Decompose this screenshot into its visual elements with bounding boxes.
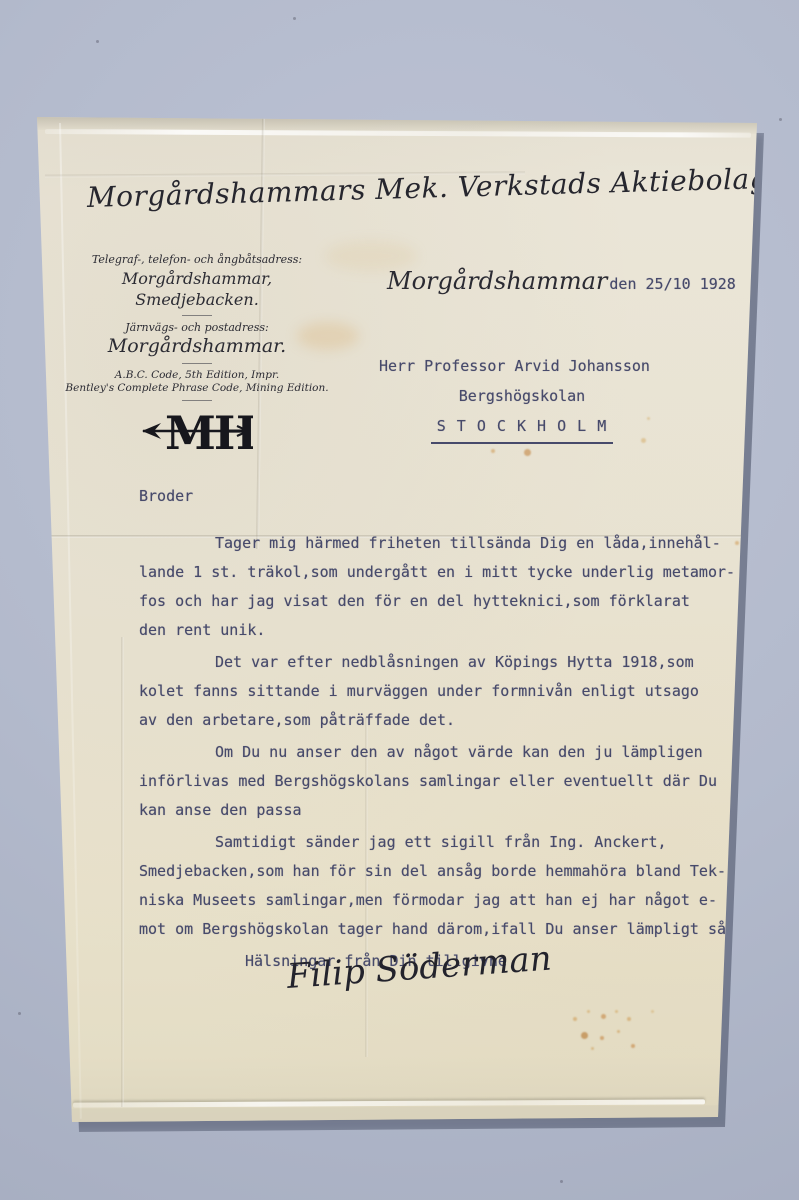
paragraph: Tager mig härmed friheten tillsända Dig …: [139, 529, 745, 645]
telegraph-code-line: A.B.C. Code, 5th Edition, Impr.: [63, 369, 331, 382]
foxing-stain: [627, 1017, 631, 1021]
foxing-stain: [573, 1017, 577, 1021]
foxing-stain: [600, 1036, 604, 1040]
salutation: Broder: [139, 487, 193, 505]
foxing-stain: [651, 1010, 654, 1013]
recipient-institution: Bergshögskolan: [379, 381, 665, 411]
postal-address-label: Järnvägs- och postadress:: [63, 321, 331, 335]
telegraph-code-line: Bentley's Complete Phrase Code, Mining E…: [63, 382, 331, 395]
divider: [182, 315, 212, 316]
foxing-stain: [631, 1044, 635, 1048]
recipient-city-line: S T O C K H O L M: [379, 411, 665, 444]
foxing-stain: [617, 1030, 620, 1033]
foxing-stain: [524, 449, 531, 456]
fold-crease: [121, 637, 124, 1107]
monogram-letters: MH: [165, 406, 253, 460]
dust-speck: [560, 1180, 563, 1183]
postal-address-value: Morgårdshammar.: [63, 335, 331, 358]
foxing-stain: [587, 1010, 590, 1013]
dateline: Morgårdshammarden 25/10 1928: [387, 267, 736, 295]
telegraph-address-value: Morgårdshammar, Smedjebacken.: [63, 268, 331, 310]
letter-body: Tager mig härmed friheten tillsända Dig …: [139, 529, 745, 976]
paragraph: Samtidigt sänder jag ett sigill från Ing…: [139, 828, 745, 944]
foxing-stain: [581, 1032, 588, 1039]
dateline-place-script: Morgårdshammar: [387, 267, 607, 295]
dust-speck: [293, 17, 296, 20]
dateline-date-typed: den 25/10 1928: [609, 275, 735, 293]
telegraph-address-label: Telegraf-, telefon- och ångbåtsadress:: [63, 253, 331, 267]
divider: [182, 400, 212, 401]
paragraph: Om Du nu anser den av något värde kan de…: [139, 738, 745, 825]
arrow-monogram-icon: MH: [141, 406, 253, 462]
dust-speck: [96, 40, 99, 43]
recipient-city: S T O C K H O L M: [431, 411, 614, 444]
foxing-stain: [601, 1014, 606, 1019]
company-monogram-logo: MH: [63, 406, 331, 466]
foxing-stain: [615, 1010, 618, 1013]
dust-speck: [779, 118, 782, 121]
foxing-stain: [591, 1047, 594, 1050]
company-name-script: Morgårdshammars Mek. Verkstads Aktiebola…: [87, 163, 728, 214]
photo-background: Morgårdshammars Mek. Verkstads Aktiebola…: [0, 0, 799, 1200]
foxing-stain: [491, 449, 495, 453]
recipient-block: Herr Professor Arvid Johansson Bergshögs…: [379, 351, 665, 444]
recipient-name: Herr Professor Arvid Johansson: [379, 351, 665, 381]
divider: [182, 363, 212, 364]
letter-sheet: Morgårdshammars Mek. Verkstads Aktiebola…: [35, 117, 765, 1127]
paragraph: Det var efter nedblåsningen av Köpings H…: [139, 648, 745, 735]
dust-speck: [18, 1012, 21, 1015]
letterhead-left-column: Telegraf-, telefon- och ångbåtsadress: M…: [63, 253, 331, 466]
